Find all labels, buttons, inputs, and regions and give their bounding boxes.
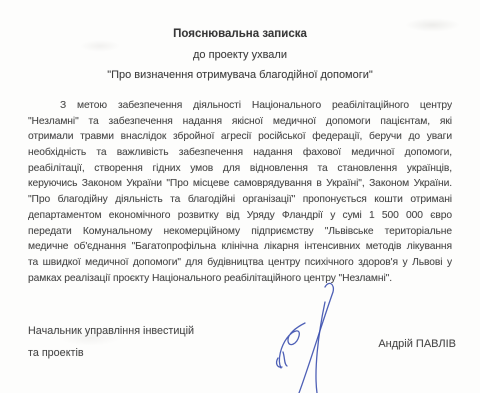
signer-name: Андрій ПАВЛІВ: [378, 338, 456, 350]
paragraph-line: медичне об'єднання "Багатопрофільна клін…: [28, 239, 452, 255]
paragraph-line: необхідність та важливість забезпечення …: [28, 145, 452, 161]
document-page: Пояснювальна записка до проекту ухвали "…: [0, 0, 480, 393]
paragraph-line: керуючись Законом України "Про місцеве с…: [28, 176, 452, 192]
document-subtitle: до проекту ухвали: [0, 49, 480, 62]
paragraph-line: "Про благодійну діяльність та благодійні…: [28, 192, 452, 208]
position-title-line: Начальник управління інвестицій: [28, 325, 194, 338]
paragraph-line: "Незламні" та забезпечення надання якісн…: [28, 114, 452, 130]
handwritten-signature: [271, 280, 343, 393]
paragraph-line: департаментом економічного розвитку від …: [28, 208, 452, 224]
signer-position-title: Начальник управління інвестицій та проек…: [28, 325, 194, 369]
paragraph-line: реабілітації, створення гідних умов для …: [28, 161, 452, 177]
paragraph-line: рамках реалізації проєкту Національного …: [28, 271, 452, 287]
paragraph-line: отримали травми внаслідок збройної агрес…: [28, 129, 452, 145]
document-header: Пояснювальна записка до проекту ухвали "…: [0, 28, 480, 82]
document-body-paragraph: З метою забезпечення діяльності Націонал…: [28, 98, 452, 286]
document-subject-line: "Про визначення отримувача благодійної д…: [0, 69, 480, 82]
paragraph-line: передати Комунальному некомерційному під…: [28, 224, 452, 240]
position-title-line: та проектів: [28, 347, 194, 360]
paragraph-line: З метою забезпечення діяльності Націонал…: [28, 98, 452, 114]
document-title: Пояснювальна записка: [0, 28, 480, 41]
paragraph-line: та швидкої медичної допомоги" для будівн…: [28, 255, 452, 271]
